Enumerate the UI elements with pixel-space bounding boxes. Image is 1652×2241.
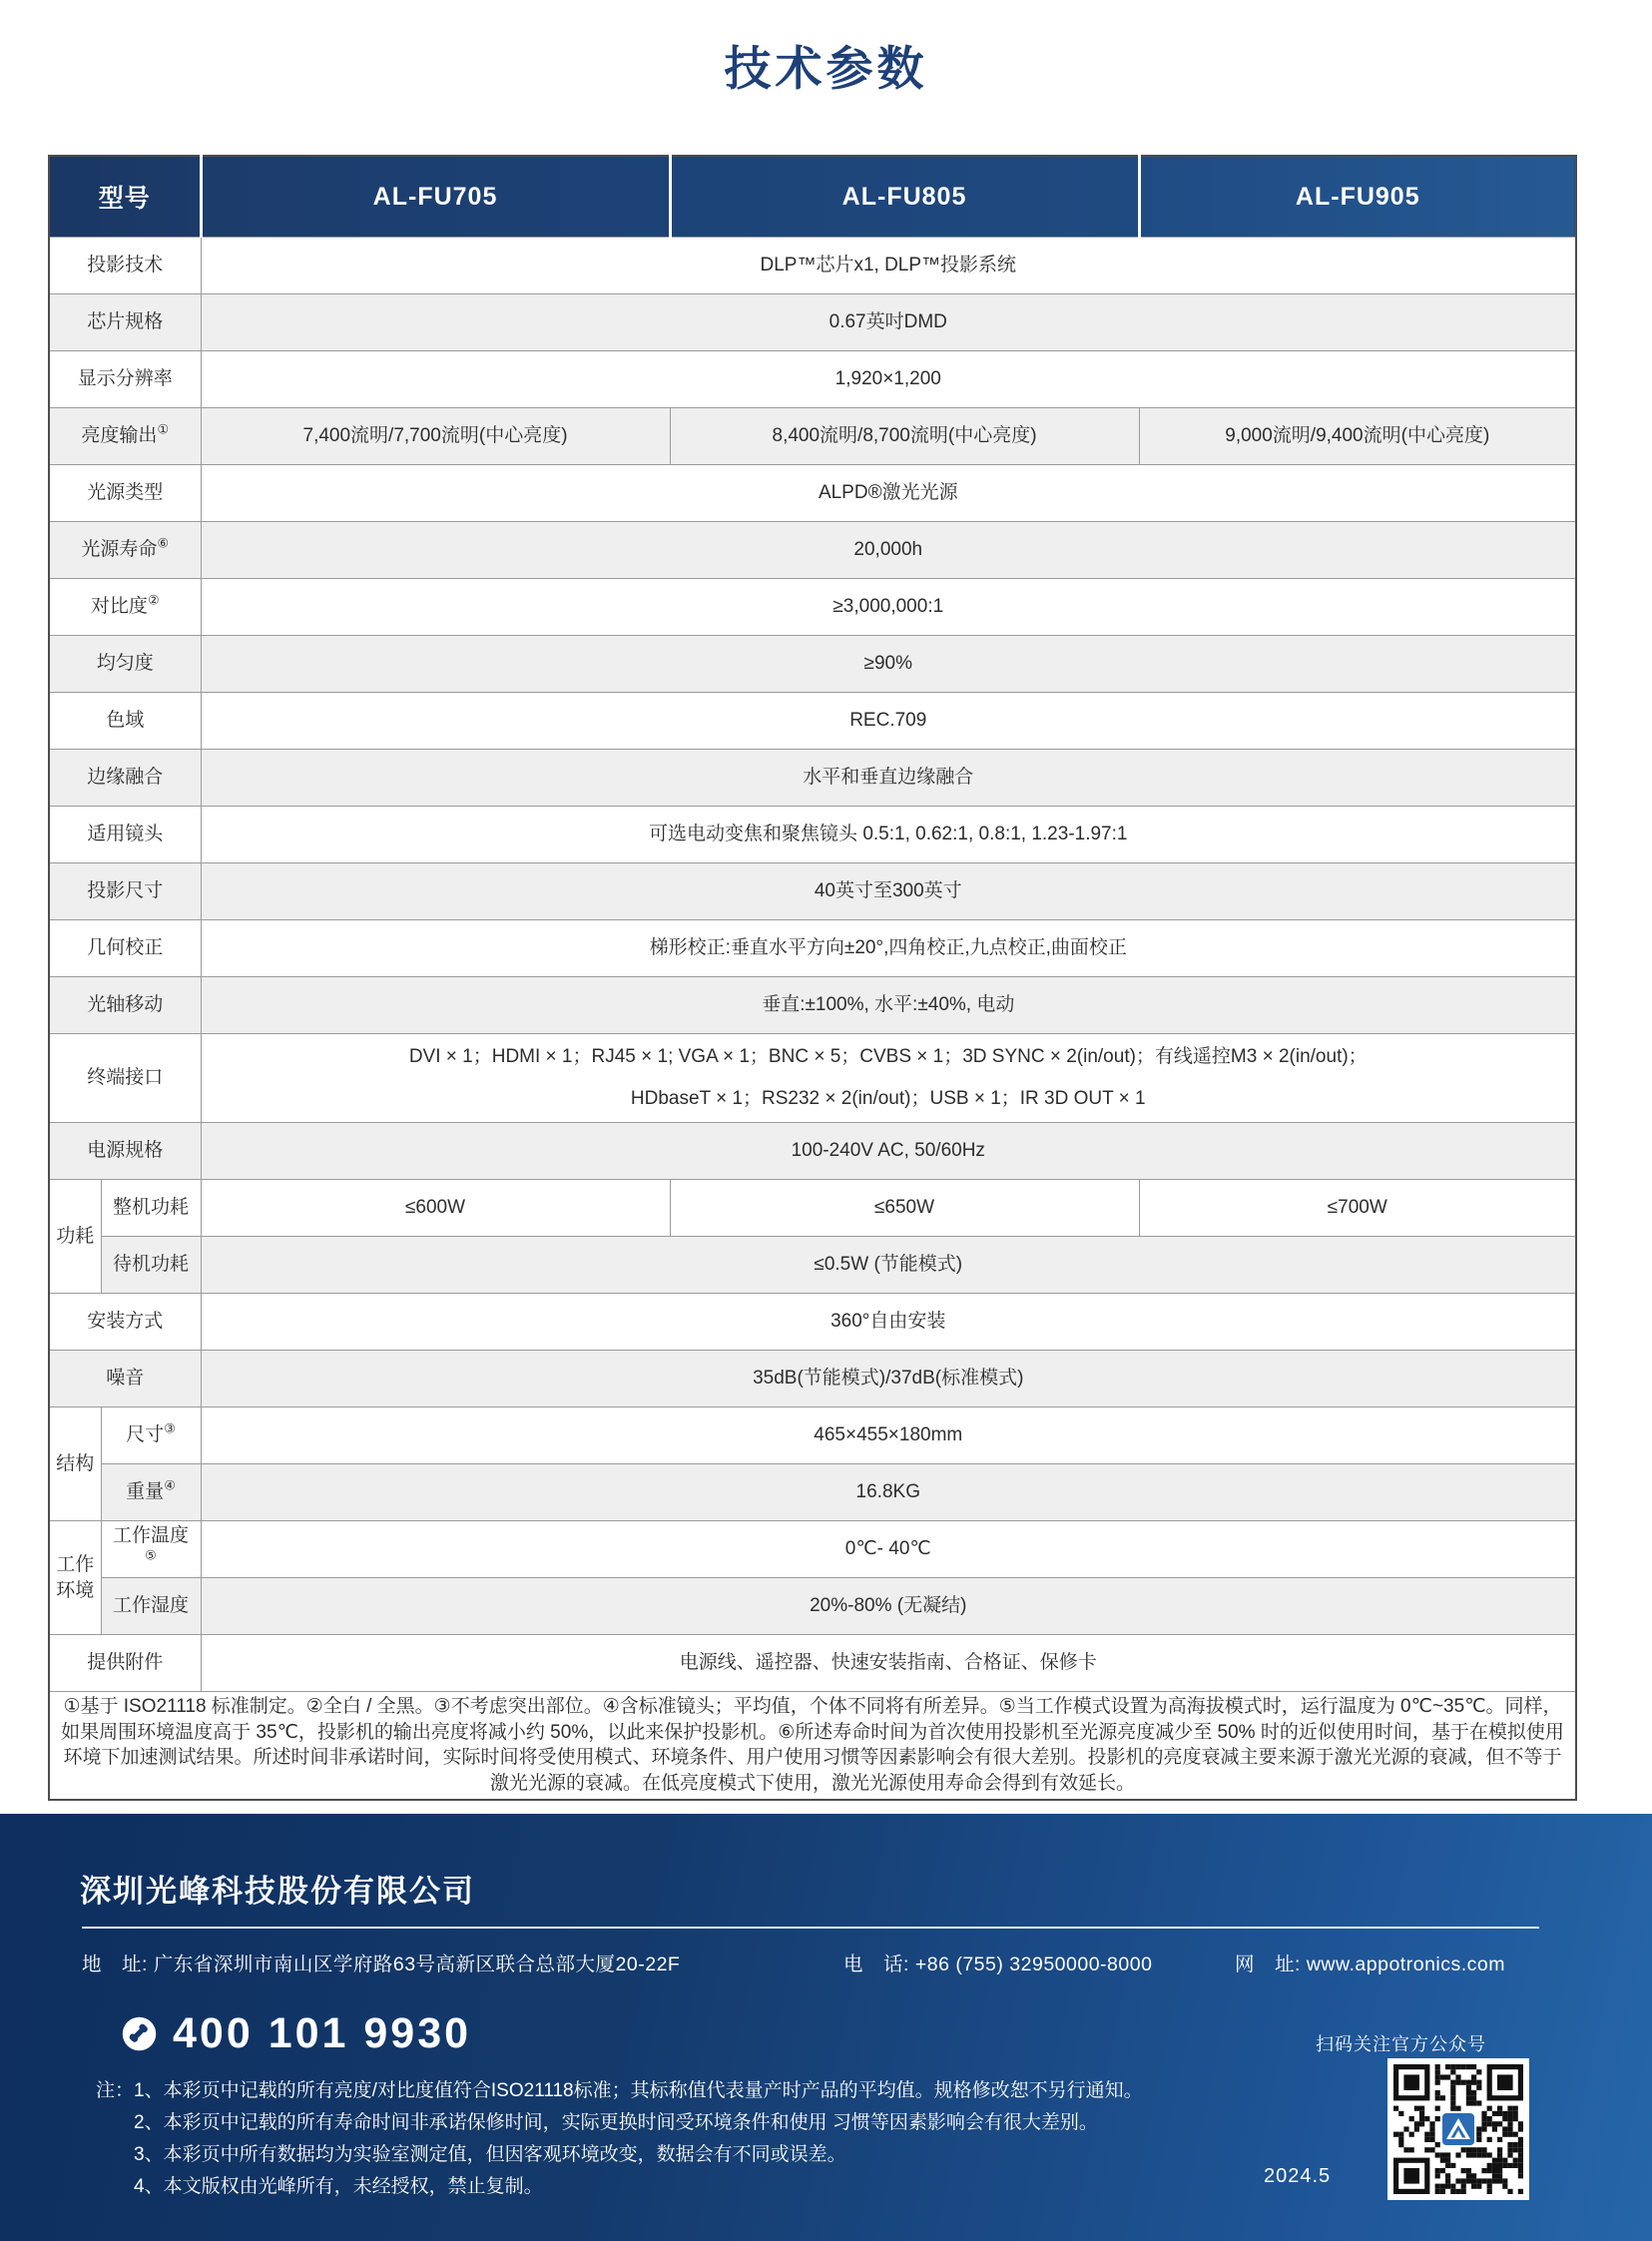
spec-table: 型号 AL-FU705 AL-FU805 AL-FU905 投影技术DLP™芯片… [48, 155, 1577, 1801]
header-model-1: AL-FU705 [201, 156, 670, 238]
row-value: REC.709 [201, 693, 1576, 750]
row-label: 亮度输出① [49, 408, 201, 465]
row-value: 1,920×1,200 [201, 351, 1576, 408]
notes-label: 注： [96, 2075, 134, 2203]
row-value: DVI × 1；HDMI × 1；RJ45 × 1; VGA × 1；BNC ×… [201, 1034, 1576, 1123]
row-value: 梯形校正:垂直水平方向±20°,四角校正,九点校正,曲面校正 [201, 920, 1576, 977]
row-label: 噪音 [49, 1351, 201, 1407]
spec-row: 投影技术DLP™芯片x1, DLP™投影系统 [49, 238, 1576, 294]
header-model-3: AL-FU905 [1139, 156, 1576, 238]
spec-row: 电源规格100-240V AC, 50/60Hz [49, 1123, 1576, 1180]
hotline-number: 400 101 9930 [173, 2009, 471, 2058]
row-value: ≤650W [670, 1180, 1139, 1237]
row-value: ≤0.5W (节能模式) [201, 1237, 1576, 1294]
header-model-label: 型号 [49, 156, 201, 238]
website-value: www.appotronics.com [1307, 1954, 1505, 1975]
row-value: 电源线、遥控器、快速安装指南、合格证、保修卡 [201, 1635, 1576, 1692]
row-value: 465×455×180mm [201, 1407, 1576, 1464]
row-value: 20%-80% (无凝结) [201, 1578, 1576, 1635]
spec-row: 投影尺寸40英寸至300英寸 [49, 863, 1576, 920]
row-label: 边缘融合 [49, 750, 201, 807]
row-value: 7,400流明/7,700流明(中心亮度) [201, 408, 670, 465]
footer: 深圳光峰科技股份有限公司 地 址: 广东省深圳市南山区学府路63号高新区联合总部… [0, 1814, 1652, 2241]
row-label: 光源类型 [49, 465, 201, 522]
row-value: 9,000流明/9,400流明(中心亮度) [1139, 408, 1576, 465]
spec-row: 噪音35dB(节能模式)/37dB(标准模式) [49, 1351, 1576, 1407]
spec-row: 几何校正梯形校正:垂直水平方向±20°,四角校正,九点校正,曲面校正 [49, 920, 1576, 977]
footer-notes: 注： 1、本彩页中记载的所有亮度/对比度值符合ISO21118标准；其标称值代表… [96, 2075, 1143, 2203]
spec-row: 安装方式360°自由安装 [49, 1294, 1576, 1351]
footer-phone: 电 话: +86 (755) 32950000-8000 [843, 1949, 1152, 1976]
row-label: 适用镜头 [49, 807, 201, 863]
row-label: 对比度② [49, 579, 201, 636]
row-label: 工作温度⑤ [101, 1521, 201, 1578]
website-label: 网 址: [1235, 1954, 1301, 1975]
row-value: ≥90% [201, 636, 1576, 693]
notes-list: 1、本彩页中记载的所有亮度/对比度值符合ISO21118标准；其标称值代表量产时… [134, 2075, 1143, 2203]
row-label: 投影尺寸 [49, 863, 201, 920]
spec-table-wrap: 型号 AL-FU705 AL-FU805 AL-FU905 投影技术DLP™芯片… [48, 155, 1575, 1801]
company-name: 深圳光峰科技股份有限公司 [80, 1866, 475, 1911]
row-value: 360°自由安装 [201, 1294, 1576, 1351]
row-value: ≤700W [1139, 1180, 1576, 1237]
row-label: 均匀度 [49, 636, 201, 693]
spec-row: 工作湿度20%-80% (无凝结) [49, 1578, 1576, 1635]
row-group-label: 结构 [49, 1407, 101, 1521]
row-label: 重量④ [101, 1464, 201, 1521]
row-label: 电源规格 [49, 1123, 201, 1180]
row-label: 尺寸③ [101, 1407, 201, 1464]
spec-row: 对比度②≥3,000,000:1 [49, 579, 1576, 636]
note-line: 1、本彩页中记载的所有亮度/对比度值符合ISO21118标准；其标称值代表量产时… [134, 2075, 1143, 2107]
row-value: ≤600W [201, 1180, 670, 1237]
row-value: ≥3,000,000:1 [201, 579, 1576, 636]
note-line: 4、本文版权由光峰所有，未经授权，禁止复制。 [134, 2171, 1143, 2203]
qr-caption: 扫码关注官方公众号 [1316, 2030, 1486, 2056]
spec-row: 边缘融合水平和垂直边缘融合 [49, 750, 1576, 807]
row-value: 40英寸至300英寸 [201, 863, 1576, 920]
spec-row: 光源寿命⑥20,000h [49, 522, 1576, 579]
spec-row: 重量④16.8KG [49, 1464, 1576, 1521]
row-label: 光轴移动 [49, 977, 201, 1034]
spec-row: 功耗整机功耗≤600W≤650W≤700W [49, 1180, 1576, 1237]
spec-row: 芯片规格0.67英吋DMD [49, 294, 1576, 351]
row-value: 8,400流明/8,700流明(中心亮度) [670, 408, 1139, 465]
spec-row: 提供附件电源线、遥控器、快速安装指南、合格证、保修卡 [49, 1635, 1576, 1692]
spec-table-header: 型号 AL-FU705 AL-FU805 AL-FU905 [49, 156, 1576, 238]
row-value: 35dB(节能模式)/37dB(标准模式) [201, 1351, 1576, 1407]
row-label: 芯片规格 [49, 294, 201, 351]
row-value: 0℃- 40℃ [201, 1521, 1576, 1578]
row-label: 投影技术 [49, 238, 201, 294]
spec-row: 显示分辨率1,920×1,200 [49, 351, 1576, 408]
row-group-label: 工作 环境 [49, 1521, 101, 1635]
phone-icon [122, 2016, 157, 2051]
spec-row: 均匀度≥90% [49, 636, 1576, 693]
row-value: 20,000h [201, 522, 1576, 579]
row-value: DLP™芯片x1, DLP™投影系统 [201, 238, 1576, 294]
phone-label: 电 话: [843, 1954, 909, 1975]
row-label: 整机功耗 [101, 1180, 201, 1237]
spec-row: 光源类型ALPD®激光光源 [49, 465, 1576, 522]
footer-address: 地 址: 广东省深圳市南山区学府路63号高新区联合总部大厦20-22F [82, 1949, 680, 1976]
row-value: 水平和垂直边缘融合 [201, 750, 1576, 807]
address-value: 广东省深圳市南山区学府路63号高新区联合总部大厦20-22F [154, 1954, 680, 1975]
spec-row: 工作 环境工作温度⑤0℃- 40℃ [49, 1521, 1576, 1578]
row-value: 100-240V AC, 50/60Hz [201, 1123, 1576, 1180]
row-label: 显示分辨率 [49, 351, 201, 408]
page-title: 技术参数 [0, 32, 1652, 99]
note-line: 3、本彩页中所有数据均为实验室测定值，但因客观环境改变，数据会有不同或误差。 [134, 2139, 1143, 2171]
spec-row: 适用镜头可选电动变焦和聚焦镜头 0.5:1, 0.62:1, 0.8:1, 1.… [49, 807, 1576, 863]
spec-row: 结构尺寸③465×455×180mm [49, 1407, 1576, 1464]
row-label: 光源寿命⑥ [49, 522, 201, 579]
footnote-row: ①基于 ISO21118 标准制定。②全白 / 全黑。③不考虑突出部位。④含标准… [49, 1692, 1576, 1800]
appotronics-logo-icon [1440, 2111, 1476, 2147]
footer-divider [82, 1927, 1539, 1929]
row-label: 色域 [49, 693, 201, 750]
row-label: 提供附件 [49, 1635, 201, 1692]
row-label: 几何校正 [49, 920, 201, 977]
row-value: ALPD®激光光源 [201, 465, 1576, 522]
row-label: 终端接口 [49, 1034, 201, 1123]
phone-value: +86 (755) 32950000-8000 [915, 1954, 1153, 1975]
note-line: 2、本彩页中记载的所有寿命时间非承诺保修时间，实际更换时间受环境条件和使用 习惯… [134, 2107, 1143, 2139]
row-value: 垂直:±100%, 水平:±40%, 电动 [201, 977, 1576, 1034]
edition-date: 2024.5 [1264, 2165, 1331, 2188]
spec-row: 终端接口DVI × 1；HDMI × 1；RJ45 × 1; VGA × 1；B… [49, 1034, 1576, 1123]
address-label: 地 址: [82, 1954, 148, 1975]
row-label: 工作湿度 [101, 1578, 201, 1635]
spec-table-body: 投影技术DLP™芯片x1, DLP™投影系统芯片规格0.67英吋DMD显示分辨率… [49, 238, 1576, 1800]
spec-row: 待机功耗≤0.5W (节能模式) [49, 1237, 1576, 1294]
spec-row: 色域REC.709 [49, 693, 1576, 750]
row-label: 安装方式 [49, 1294, 201, 1351]
footer-website: 网 址: www.appotronics.com [1235, 1949, 1505, 1976]
table-footnote: ①基于 ISO21118 标准制定。②全白 / 全黑。③不考虑突出部位。④含标准… [49, 1692, 1576, 1800]
qr-code [1387, 2058, 1529, 2200]
spec-row: 光轴移动垂直:±100%, 水平:±40%, 电动 [49, 977, 1576, 1034]
spec-row: 亮度输出①7,400流明/7,700流明(中心亮度)8,400流明/8,700流… [49, 408, 1576, 465]
row-group-label: 功耗 [49, 1180, 101, 1294]
row-label: 待机功耗 [101, 1237, 201, 1294]
row-value: 0.67英吋DMD [201, 294, 1576, 351]
row-value: 可选电动变焦和聚焦镜头 0.5:1, 0.62:1, 0.8:1, 1.23-1… [201, 807, 1576, 863]
header-model-2: AL-FU805 [670, 156, 1139, 238]
hotline: 400 101 9930 [122, 2009, 471, 2058]
row-value: 16.8KG [201, 1464, 1576, 1521]
